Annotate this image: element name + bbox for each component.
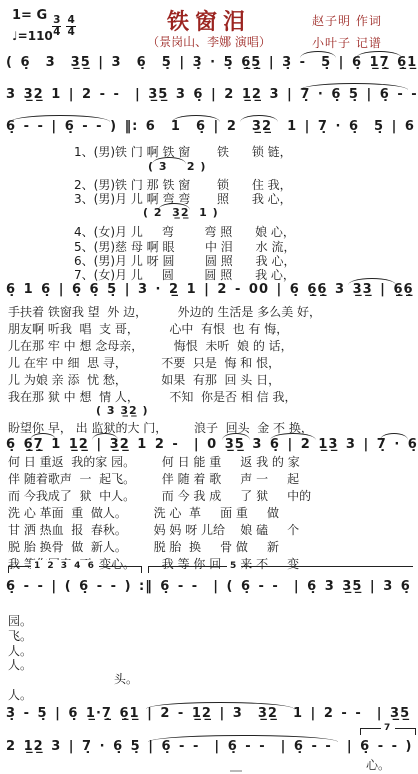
tail-syllable: 头。 bbox=[114, 670, 138, 687]
lyric-row: 我在那 狱 中 想 情 人， 不知 你是否 相 信 我， bbox=[8, 388, 296, 405]
slur-arc bbox=[152, 157, 186, 164]
verse-line-1: 1、(男)铁 门 啊 铁 窗 铁 锁 链， bbox=[74, 143, 292, 160]
slur-arc bbox=[348, 278, 396, 285]
slur-arc bbox=[270, 433, 316, 440]
slur-arc bbox=[30, 433, 56, 440]
lyric-row: 何 日 重返 我的家 园。 何 日 能 重 返 我 的 家 bbox=[8, 453, 300, 470]
tail-syllable: 人。 bbox=[8, 686, 32, 703]
lyricist-credit: 赵子明 作词 bbox=[312, 12, 382, 29]
lyric-row: 而 今我成了 狱 中人。 而 今 我 成 了 狱 中的 bbox=[8, 487, 311, 504]
notation-line-chorus: 6̣ 6̣̲7̣̲ 1 1̲2̲ | 3̲2̲ 1 2 - | 0 3̲5̲ 3… bbox=[6, 437, 418, 452]
slur-arc bbox=[222, 433, 250, 440]
tail-syllable: 人。 bbox=[8, 656, 32, 673]
music-score-sheet: 1= G3444 ♩=110 铁窗泪 （景岗山、李娜 演唱） 赵子明 作词 小叶… bbox=[0, 0, 418, 774]
lyric-row: 伴 随着歌声 一 起飞。 伴 随 着 歌 声 一 起 bbox=[8, 470, 299, 487]
lyric-row: 儿 在牢 中 细 思 寻， 不要 只是 悔 和 恨， bbox=[8, 354, 280, 371]
tie-arc bbox=[148, 735, 338, 742]
volta-bracket-third: 7 bbox=[360, 728, 416, 735]
slur-arc bbox=[146, 702, 294, 709]
notation-line-repeat: 6̣ - - | ( 6̣ - - ) :‖ 6̣ - - | ( 6̣ - -… bbox=[6, 579, 418, 594]
volta-bracket-first: 1 2 3 4 6 bbox=[8, 566, 142, 573]
final-syllable: 心。 bbox=[366, 756, 390, 773]
tie-arc bbox=[300, 83, 408, 90]
lyric-row: 盼望你 早， 出 监狱的大 门， 浪子 回头 金 不 换， bbox=[8, 419, 313, 436]
lyric-row: 儿 为娘 亲 添 忧 愁， 如果 有那 回 头 日， bbox=[8, 371, 280, 388]
slur-arc bbox=[172, 115, 220, 122]
lyric-row: 儿在那 牢 中 想 念母亲， 悔恨 未听 娘 的 话， bbox=[8, 337, 293, 354]
volta-label-7: 7 bbox=[381, 722, 395, 734]
lyric-row: 手扶着 铁窗我 望 外 边， 外边的 生活是 多么美 好， bbox=[8, 303, 321, 320]
verse-line-7: 7、(女)月 儿 圆 圆 照 我 心， bbox=[74, 266, 295, 283]
lyric-row: 朋友啊 听我 唱 支 哥， 心中 有恨 也 有 悔， bbox=[8, 320, 288, 337]
grace-notation-3: ( 3 3̲2̲ ) bbox=[96, 404, 149, 417]
transcriber-credit: 小叶子 记谱 bbox=[312, 34, 382, 51]
slur-arc bbox=[380, 433, 408, 440]
volta-label-12346: 1 2 3 4 6 bbox=[31, 560, 99, 572]
volta-bracket-second: 5 bbox=[148, 566, 413, 573]
lyric-row: 洗 心 革面 重 做人。 洗 心 革 面 重 做 bbox=[8, 504, 279, 521]
slur-arc bbox=[300, 51, 336, 58]
slur-arc bbox=[240, 115, 278, 122]
volta-label-5: 5 bbox=[227, 560, 241, 572]
tie-arc bbox=[10, 115, 110, 122]
slur-arc bbox=[158, 203, 190, 210]
lyric-row: 甘 洒 热血 报 春秋。 妈 妈 呀 儿给 娘 磕 个 bbox=[8, 521, 299, 538]
page-footer-mark bbox=[230, 770, 242, 772]
lyric-row: 脱 胎 换骨 做 新人。 脱 胎 换 骨 做 新 bbox=[8, 538, 279, 555]
slur-arc bbox=[92, 433, 118, 440]
slur-arc bbox=[356, 51, 402, 58]
